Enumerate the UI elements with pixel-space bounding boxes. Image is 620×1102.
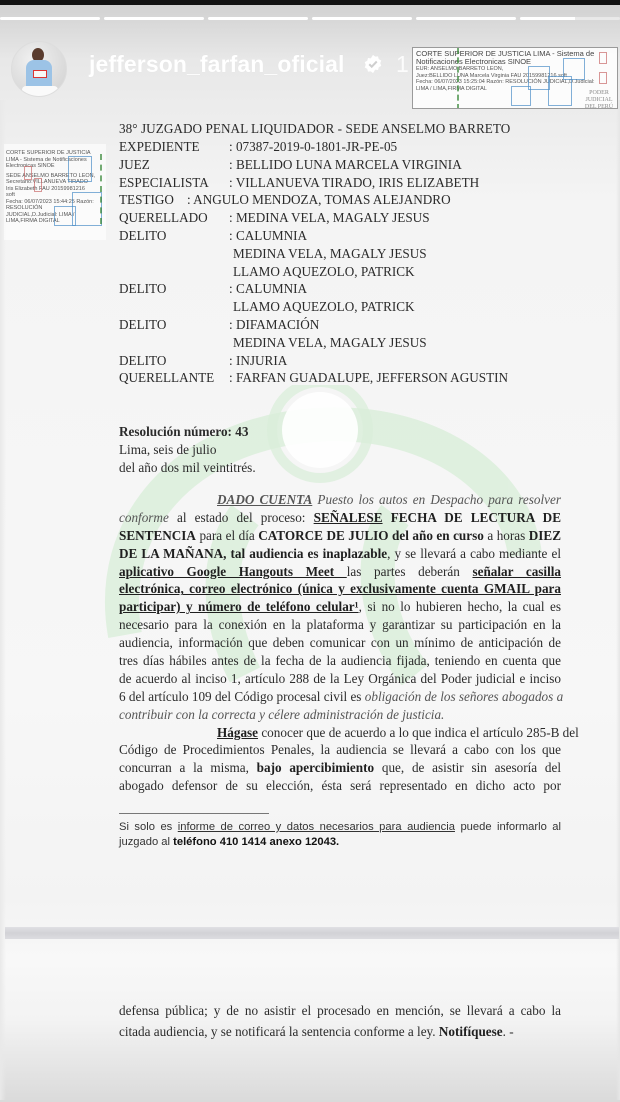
resolution-number: Resolución número: 43 <box>119 424 248 440</box>
story-progress-segment <box>520 17 620 20</box>
avatar[interactable] <box>11 41 67 97</box>
story-progress-segment <box>208 17 308 20</box>
story-progress-segment <box>312 17 412 20</box>
field-delito: DELITO: CALUMNIA <box>119 228 229 244</box>
field-label: DELITO <box>119 228 229 244</box>
body-line: conforme al estado del proceso: SEÑALESE… <box>119 509 561 527</box>
field-value: : MEDINA VELA, MAGALY JESUS <box>229 210 430 226</box>
field-testigo: TESTIGO: ANGULO MENDOZA, TOMAS ALEJANDRO <box>119 192 451 208</box>
field-continuation: LLAMO AQUEZOLO, PATRICK <box>233 264 415 280</box>
story-progress-segment <box>104 17 204 20</box>
body-line: DE LA MAÑANA, tal audiencia es inaplazab… <box>119 545 561 563</box>
story-progress-segment <box>0 17 100 20</box>
field-continuation: MEDINA VELA, MAGALY JESUS <box>233 335 427 351</box>
field-continuation: LLAMO AQUEZOLO, PATRICK <box>233 299 415 315</box>
court-title: 38° JUZGADO PENAL LIQUIDADOR - SEDE ANSE… <box>119 121 510 137</box>
field-delito: DELITO: DIFAMACIÓN <box>119 317 229 333</box>
resolution-date: Lima, seis de julio <box>119 442 216 458</box>
field-especialista: ESPECIALISTA: VILLANUEVA TIRADO, IRIS EL… <box>119 175 229 191</box>
body-line: participar) y número de teléfono celular… <box>119 598 561 616</box>
page-edge <box>616 100 620 1100</box>
field-juez: JUEZ: BELLIDO LUNA MARCELA VIRGINIA <box>119 157 229 173</box>
field-expediente: EXPEDIENTE: 07387-2019-0-1801-JR-PE-05 <box>119 139 229 155</box>
body-line: Hágase conocer que de acuerdo a lo que i… <box>119 724 561 742</box>
field-querellante: QUERELLANTE: FARFAN GUADALUPE, JEFFERSON… <box>119 370 229 386</box>
field-label: DELITO <box>119 281 229 297</box>
field-value: : CALUMNIA <box>229 281 307 297</box>
body-line: tres días hábiles antes de la fecha de l… <box>119 652 561 670</box>
field-querellado: QUERELLADO: MEDINA VELA, MAGALY JESUS <box>119 210 229 226</box>
field-value: : VILLANUEVA TIRADO, IRIS ELIZABETH <box>229 175 479 191</box>
status-bar-strip <box>0 0 620 5</box>
field-label: TESTIGO <box>119 192 174 208</box>
body-line: Código de Procedimientos Penales, la aud… <box>119 741 561 759</box>
field-continuation: MEDINA VELA, MAGALY JESUS <box>233 246 427 262</box>
body-line: audiencia, información que deben comunic… <box>119 634 561 652</box>
field-value: : DIFAMACIÓN <box>229 317 319 333</box>
field-delito: DELITO: CALUMNIA <box>119 281 229 297</box>
field-value: : CALUMNIA <box>229 228 307 244</box>
body-line: necesario para la conexión en la platafo… <box>119 616 561 634</box>
field-value: : ANGULO MENDOZA, TOMAS ALEJANDRO <box>187 192 451 207</box>
resolution-date-year: del año dos mil veintitrés. <box>119 460 256 476</box>
verified-badge-icon <box>363 54 383 74</box>
body-line: abogado defensor de su elección, ésta se… <box>119 777 561 795</box>
footnote: Si solo es informe de correo y datos nec… <box>119 820 561 850</box>
field-delito: DELITO: INJURIA <box>119 353 229 369</box>
field-label: ESPECIALISTA <box>119 175 229 191</box>
closing-paragraph: defensa pública; y de no asistir el proc… <box>119 1000 561 1042</box>
body-line: de acuerdo al inciso 1, artículo 288 de … <box>119 670 561 688</box>
body-line: electrónica, correo electrónico (única y… <box>119 580 561 598</box>
story-progress-bar <box>0 17 620 20</box>
field-value: : BELLIDO LUNA MARCELA VIRGINIA <box>229 157 462 173</box>
field-value: : INJURIA <box>229 353 287 369</box>
story-timestamp: 1 <box>396 51 409 78</box>
field-label: DELITO <box>119 317 229 333</box>
page-edge <box>0 100 6 1100</box>
field-value: : FARFAN GUADALUPE, JEFFERSON AGUSTIN <box>229 370 508 386</box>
body-line: concurran a la misma, bajo apercibimient… <box>119 759 561 777</box>
footnote-divider <box>119 813 269 814</box>
story-progress-segment <box>416 17 516 20</box>
field-value: : 07387-2019-0-1801-JR-PE-05 <box>229 139 397 155</box>
body-line: aplicativo Google Hangouts Meet las part… <box>119 563 561 581</box>
field-label: EXPEDIENTE <box>119 139 229 155</box>
username[interactable]: jefferson_farfan_oficial <box>89 51 344 78</box>
field-label: QUERELLANTE <box>119 370 229 386</box>
body-line: contribuir con la correcta y célere admi… <box>119 706 561 724</box>
digital-signature-stamp: CORTE SUPERIOR DE JUSTICIA LIMA - Sistem… <box>4 144 106 240</box>
body-line: SENTENCIA para el día CATORCE DE JULIO d… <box>119 527 561 545</box>
resolution-body: DADO CUENTA Puesto los autos en Despacho… <box>119 491 561 795</box>
body-line: DADO CUENTA Puesto los autos en Despacho… <box>119 491 561 509</box>
field-label: DELITO <box>119 353 229 369</box>
body-line: 6 del artículo 109 del Código procesal c… <box>119 688 561 706</box>
digital-signature-stamp: CORTE SUPERIOR DE JUSTICIA LIMA - Sistem… <box>412 47 618 109</box>
field-label: JUEZ <box>119 157 229 173</box>
field-label: QUERELLADO <box>119 210 229 226</box>
page-break <box>5 927 619 939</box>
